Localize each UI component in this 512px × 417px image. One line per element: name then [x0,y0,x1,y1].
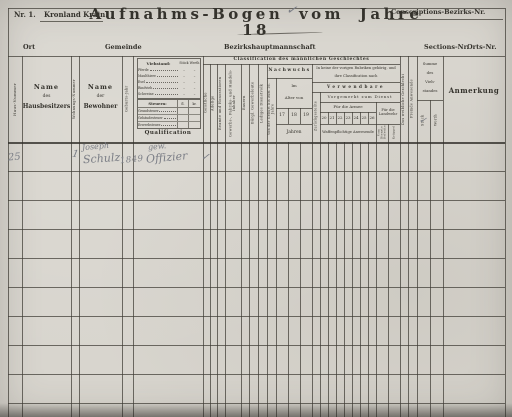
col-geburtsjahr: Geburts-Jahr [122,58,133,140]
viehstand-value: – [179,86,189,90]
field-gemeinde: Gemeinde [105,44,142,51]
nachwuchs-title: Nachwuchs [267,64,312,78]
check-mark-title: ✓ [285,3,298,17]
zurueckgestellte-label: Zurückgestellte [312,92,320,140]
viehstand-row-label: Esel [138,80,145,84]
qualification-label: Qualification [133,128,203,140]
nachwuchs-birth-label: Von der Geburt bis zum 16. Jahre [267,78,276,140]
check-mark-classification: ✓ [201,153,210,164]
nachwuchs-alter-2: Alter von [276,94,312,102]
entry-wohnung-nr: 1 [71,150,79,161]
steuern-value [177,108,188,114]
krueppel-label: Krüppel [388,124,400,141]
steuern-value [188,115,200,121]
class-label-gewerbe: Gewerbs-, Fabriks- und Handels-Inhaber [225,66,241,140]
class-label-beamte: Beamte und Honoratioren [217,66,225,140]
grid-line [344,142,345,417]
dot-leader [164,117,176,119]
armee-age: 20 [320,112,328,124]
summe-header-4: standes [417,87,443,95]
nachwuchs-age: 17 [276,108,288,124]
row-line [8,287,505,288]
dot-leader [157,75,178,77]
field-sections-nr: Sections-Nr. [424,44,469,51]
weibliches-geschlecht-label: Das weibliche Geschlecht [400,58,408,140]
summe-header-1: Summe [417,60,443,68]
grid-line [133,56,134,417]
viehstand-value: – [179,80,189,84]
viehstand-value: – [179,68,189,72]
grid-line [300,142,301,417]
viehstand-col-stueck: Stück [179,61,189,65]
entry-bewohner-line2: Schulz [83,152,121,166]
armee-age: 24 [352,112,360,124]
entry-bewohner-line1: Joseph [82,142,110,152]
dot-leader [155,93,178,95]
armee-age: 23 [344,112,352,124]
steuern-col-fl: fl. [177,100,188,107]
viehstand-col-werth: Werth [189,61,200,65]
viehstand-value: – [179,92,189,96]
armee-age: 22 [336,112,344,124]
grid-line [328,142,329,417]
armee-age: 21 [328,112,336,124]
field-orts-nr: Orts-Nr. [467,44,496,51]
dot-leader [161,124,176,126]
steuern-row-label: Erwerbsteuer [138,123,160,127]
steuern-value [177,115,188,121]
nachwuchs-alter-1: Im [276,82,312,90]
grid-line [443,56,444,417]
steuern-row-label: Gebäudesteuer [138,116,163,120]
summe-header-2: des [417,69,443,77]
class-label-geistliche: Geistliche [203,66,210,140]
col-hausbesitzer-1: Name [22,82,71,92]
steuern-col-kr: kr. [188,100,200,107]
viehstand-value: – [179,74,189,78]
form-title: Aufnahms-Bogen vom Jahre 18 [70,14,442,32]
class-label-buergl: Bürgl. Gewerbsleute [249,66,258,140]
col-haus-nummer: Haus-Nummer [8,58,22,140]
row-line [8,258,505,259]
dot-leader [159,110,176,112]
viehstand-value: – [189,92,200,96]
class-label-adelige: Adelige [210,66,217,140]
row-line [8,345,505,346]
grid-line [368,142,369,417]
waffenpflichtige-label: Waffenpflichtige Anwesende [320,125,376,141]
vorgemerkt-label: Vorgemerkt zum Dienst [320,92,400,102]
classification-title: Classification des männlichen Geschlecht… [203,56,400,64]
fremde-anwesende-label: Fremde Anwesende [408,58,417,140]
viehstand-row-label: Maulthiere [138,74,156,78]
viehstand-value: – [189,86,200,90]
entry-geburtsjahr: 1849 [120,155,144,166]
grid-line [352,142,353,417]
steuern-row-label: Grundsteuer [138,109,158,113]
dot-leader [150,69,178,71]
grid-line [360,142,361,417]
anmerkung-label: Anmerkung [443,84,505,98]
grid-line [288,142,289,417]
field-bezirkshauptmannschaft: Bezirkshauptmannschaft [224,44,315,51]
grid-line [336,142,337,417]
viehstand-row-label: Pferde [138,68,149,72]
steuern-title: Steuern: [138,101,177,106]
row-line [8,171,505,172]
viehstand-value: – [189,74,200,78]
check-mark-header: ✓ [418,117,427,127]
sheet-number: Nr. 1. [14,11,36,18]
col-wohnungs-nummer: Wohnungs-Nummer [71,58,79,140]
row-line [8,374,505,375]
row-line [8,229,505,230]
viehstand-row-label: Rindvieh [138,86,152,90]
viehstand-value: – [189,68,200,72]
summe-werth-label: Werth [430,100,443,140]
landwehr-label: Für die Landwehr [376,103,400,123]
viehstand-box: Viehstand: Stück Werth Pferde–– Maulthie… [137,58,201,99]
entry-beruf-line2: Offizier [146,150,188,165]
field-ort: Ort [23,44,35,51]
verwendbare-label: Verwendbare [312,82,400,92]
steuern-value [188,108,200,114]
viehstand-row-label: Schweine [138,92,154,96]
summe-header-3: Vieh- [417,78,443,86]
entry-haus-nr: 25 [8,153,21,164]
viehstand-title: Viehstand: [138,61,179,66]
scan-edge-shadow [0,403,512,417]
col-hausbesitzer-3: Hausbesitzers [22,102,71,112]
rubrik-line-2: ihre Classification nach [312,73,400,81]
nachwuchs-jahren: Jahren [276,124,312,142]
viehstand-value: – [189,80,200,84]
col-bewohner-2: der [79,93,122,101]
frame-right [505,8,506,417]
row-line [8,316,505,317]
col-bewohner-1: Name [79,82,122,92]
armee-age: 25 [360,112,368,124]
armee-label: Für die Armee [320,102,376,112]
class-label-dienstvolk: Lediges Dienstvolk [258,66,267,140]
steuern-box: Steuern: fl. kr. Grundsteuer Gebäudesteu… [137,99,201,129]
grid-line [376,102,377,417]
row-line [8,200,505,201]
col-bewohner-3: Bewohner [79,102,122,112]
dot-leader [146,81,178,83]
col-hausbesitzer-2: des [22,93,71,101]
class-label-bauern: Bauern [241,66,249,140]
census-sheet: Nr. 1. Kronland Krain. Conscriptions-Bez… [0,0,512,417]
rubrik-line-1: In keine der vorigen Rubriken gehörig, u… [312,65,400,73]
nachwuchs-age: 18 [288,108,300,124]
armee-age: 26 [368,112,376,124]
nachwuchs-age: 19 [300,108,312,124]
befreite-label: Vom Dienste Befreite [376,124,388,141]
dot-leader [153,87,178,89]
